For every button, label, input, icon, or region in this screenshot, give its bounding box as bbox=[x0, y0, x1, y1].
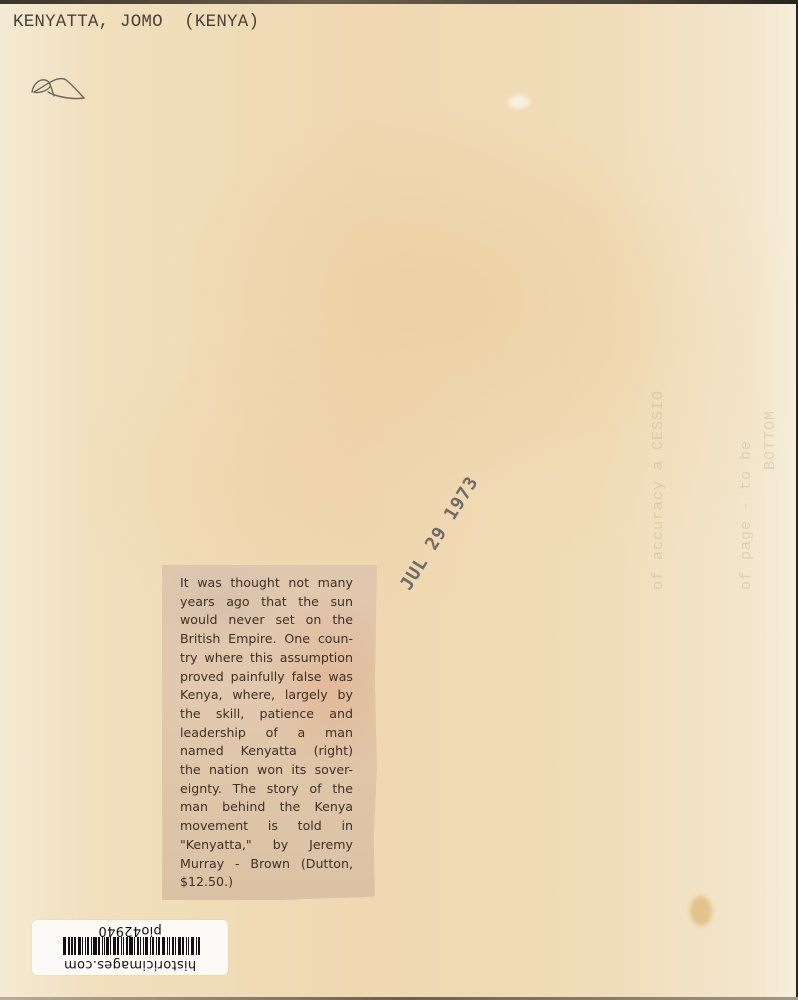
barcode-bar bbox=[82, 937, 83, 955]
barcode-bar bbox=[140, 937, 141, 955]
clipping-line: named Kenyatta (right) bbox=[180, 742, 353, 761]
barcode-bar bbox=[123, 937, 124, 955]
clipping-line: $12.50.) bbox=[180, 873, 353, 892]
barcode-bar bbox=[106, 937, 108, 955]
paper-stain bbox=[508, 95, 530, 109]
barcode-bar bbox=[93, 937, 96, 955]
barcode-bar bbox=[113, 937, 116, 955]
clipping-line: the nation won its sover- bbox=[180, 761, 353, 780]
clipping-line: man behind the Kenya bbox=[180, 798, 353, 817]
clipping-line: movement is told in bbox=[180, 817, 353, 836]
barcode-bar bbox=[182, 937, 184, 955]
barcode-bar bbox=[172, 937, 174, 955]
barcode-bar bbox=[129, 937, 132, 955]
barcode-bar bbox=[152, 937, 154, 955]
barcode-bar bbox=[78, 937, 81, 955]
barcode-bar bbox=[121, 937, 122, 955]
bleed-through-text: of accuracy a CESSIO bbox=[650, 390, 667, 590]
barcode-bar bbox=[117, 937, 119, 955]
barcode-icon bbox=[54, 937, 208, 955]
barcode-bar bbox=[198, 937, 200, 955]
barcode-bar bbox=[196, 937, 197, 955]
clipping-line: British Empire. One coun- bbox=[180, 630, 353, 649]
barcode-bar bbox=[162, 937, 165, 955]
clipping-line: eignty. The story of the bbox=[180, 780, 353, 799]
clipping-line: Murray - Brown (Dutton, bbox=[180, 855, 353, 874]
date-stamp: JUL 29 1973 bbox=[396, 473, 483, 595]
clipping-line: "Kenyatta," by Jeremy bbox=[180, 836, 353, 855]
barcode-bar bbox=[87, 937, 89, 955]
top-edge-shadow bbox=[0, 0, 798, 4]
barcode-bar bbox=[167, 937, 168, 955]
barcode-bar bbox=[186, 937, 187, 955]
clipping-line: Kenya, where, largely by bbox=[180, 686, 353, 705]
barcode-bar bbox=[143, 937, 144, 955]
barcode-bar bbox=[63, 937, 66, 955]
barcode-site-text: historicimages.com bbox=[32, 957, 228, 972]
bleed-through-text: of page - to be bbox=[738, 440, 755, 590]
clipping-line: would never set on the bbox=[180, 611, 353, 630]
barcode-bar bbox=[158, 937, 160, 955]
barcode-bar bbox=[104, 937, 105, 955]
barcode-bar bbox=[102, 937, 103, 955]
barcode-id-text: pio42940 bbox=[32, 923, 228, 938]
clipping-line: leadership of a man bbox=[180, 724, 353, 743]
clipping-line: try where this assumption bbox=[180, 649, 353, 668]
barcode-bar bbox=[91, 937, 92, 955]
newspaper-clipping: It was thought not many years ago that t… bbox=[162, 565, 377, 900]
clipping-line: It was thought not many bbox=[180, 574, 353, 593]
barcode-bar bbox=[150, 937, 151, 955]
barcode-bar bbox=[169, 937, 170, 955]
handwritten-b-mark-icon bbox=[28, 70, 88, 110]
barcode-bar bbox=[137, 937, 139, 955]
clipping-line: the skill, patience and bbox=[180, 705, 353, 724]
barcode-bar bbox=[71, 937, 72, 955]
clipping-line: proved painfully false was bbox=[180, 668, 353, 687]
barcode-sticker: historicimages.com pio42940 bbox=[32, 920, 228, 975]
bleed-through-text: BOTTOM bbox=[762, 410, 779, 470]
photo-back-page: KENYATTA, JOMO (KENYA) BOTTOM of page - … bbox=[0, 0, 798, 1000]
clipping-body: It was thought not many years ago that t… bbox=[180, 574, 353, 892]
barcode-bar bbox=[188, 937, 189, 955]
barcode-bar bbox=[85, 937, 86, 955]
barcode-bar bbox=[110, 937, 111, 955]
clipping-line: years ago that the sun bbox=[180, 593, 353, 612]
barcode-bar bbox=[175, 937, 176, 955]
paper-stain bbox=[690, 896, 712, 926]
barcode-bar bbox=[126, 937, 128, 955]
barcode-bar bbox=[191, 937, 194, 955]
barcode-bar bbox=[68, 937, 70, 955]
barcode-bar bbox=[134, 937, 135, 955]
barcode-bar bbox=[156, 937, 157, 955]
barcode-bar bbox=[74, 937, 76, 955]
barcode-bar bbox=[145, 937, 148, 955]
barcode-bar bbox=[178, 937, 181, 955]
barcode-bar bbox=[98, 937, 100, 955]
typed-caption-label: KENYATTA, JOMO (KENYA) bbox=[13, 12, 259, 32]
